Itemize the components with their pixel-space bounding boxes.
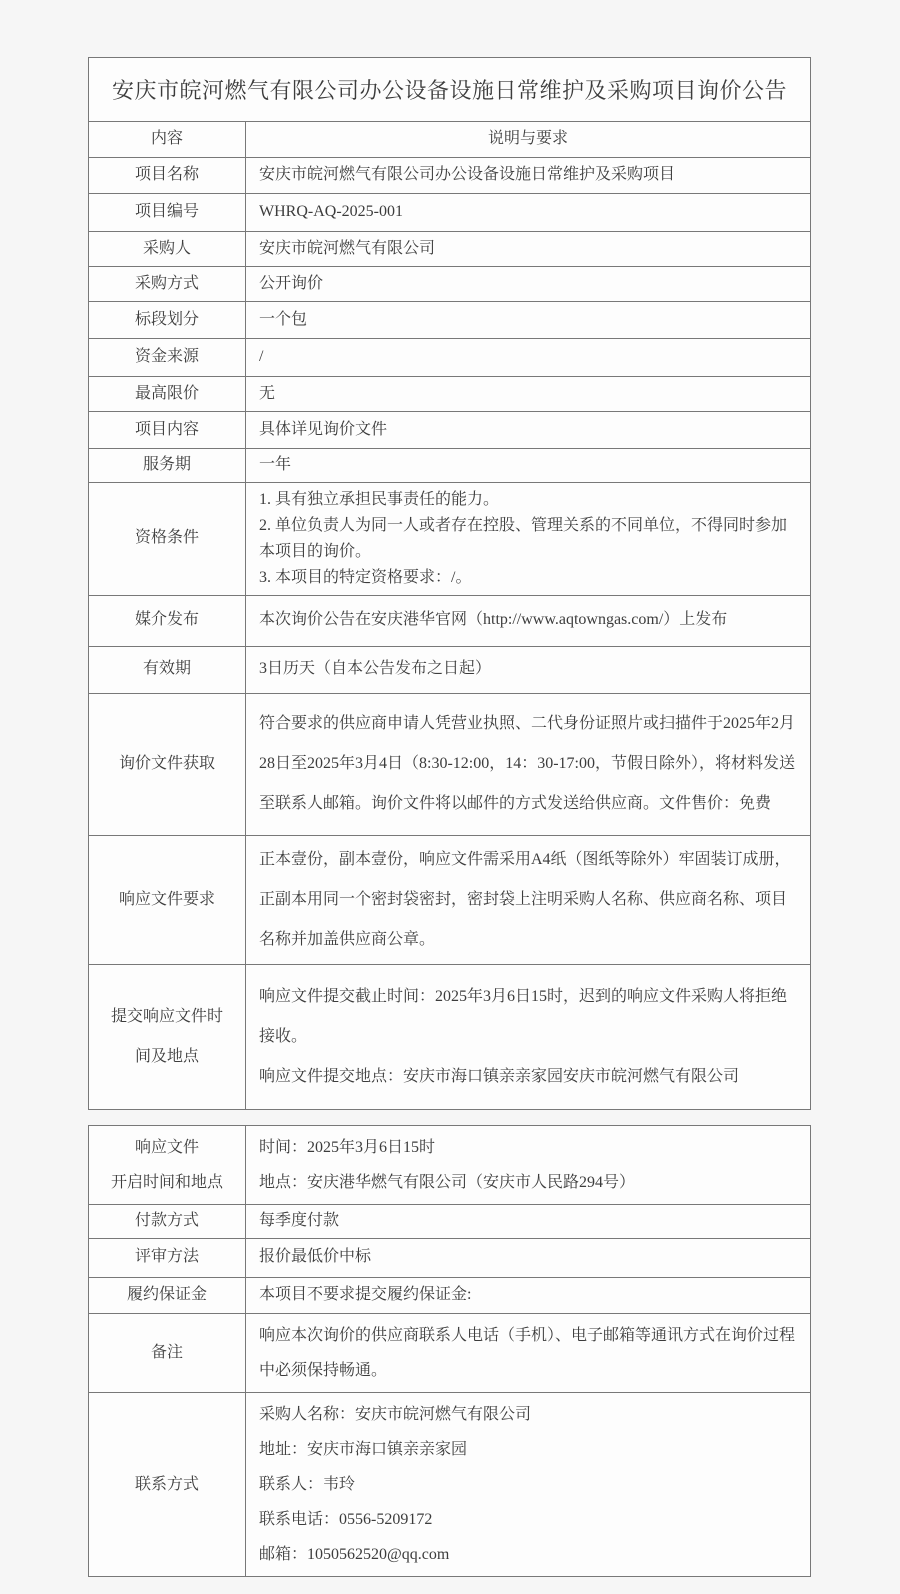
row-media-publication: 媒介发布 本次询价公告在安庆港华官网（http://www.aqtowngas.… [89, 595, 811, 646]
row-label: 评审方法 [89, 1238, 246, 1277]
row-label: 联系方式 [89, 1392, 246, 1576]
row-service-period: 服务期 一年 [89, 449, 811, 483]
row-label: 资格条件 [89, 482, 246, 595]
row-performance-bond: 履约保证金 本项目不要求提交履约保证金: [89, 1277, 811, 1313]
row-project-number: 项目编号 WHRQ-AQ-2025-001 [89, 194, 811, 232]
row-value: 采购人名称：安庆市皖河燃气有限公司 地址：安庆市海口镇亲亲家园 联系人：韦玲 联… [246, 1392, 811, 1576]
row-evaluation-method: 评审方法 报价最低价中标 [89, 1238, 811, 1277]
row-value: 报价最低价中标 [246, 1238, 811, 1277]
row-value: 公开询价 [246, 267, 811, 302]
row-value: 具体详见询价文件 [246, 412, 811, 449]
row-label: 项目编号 [89, 194, 246, 232]
row-value: 安庆市皖河燃气有限公司 [246, 232, 811, 267]
row-price-ceiling: 最高限价 无 [89, 377, 811, 412]
header-requirements: 说明与要求 [246, 122, 811, 158]
header-content: 内容 [89, 122, 246, 158]
row-label: 最高限价 [89, 377, 246, 412]
row-label: 采购方式 [89, 267, 246, 302]
row-purchaser: 采购人 安庆市皖河燃气有限公司 [89, 232, 811, 267]
row-value: 一个包 [246, 302, 811, 339]
row-label: 媒介发布 [89, 595, 246, 646]
row-value: 无 [246, 377, 811, 412]
row-value: 时间：2025年3月6日15时 地点：安庆港华燃气有限公司（安庆市人民路294号… [246, 1125, 811, 1204]
row-value: 响应文件提交截止时间：2025年3月6日15时，迟到的响应文件采购人将拒绝接收。… [246, 964, 811, 1109]
title-row: 安庆市皖河燃气有限公司办公设备设施日常维护及采购项目询价公告 [89, 58, 811, 122]
row-value: 响应本次询价的供应商联系人电话（手机）、电子邮箱等通讯方式在询价过程中必须保持畅… [246, 1313, 811, 1392]
row-label: 采购人 [89, 232, 246, 267]
row-remarks: 备注 响应本次询价的供应商联系人电话（手机）、电子邮箱等通讯方式在询价过程中必须… [89, 1313, 811, 1392]
row-value: WHRQ-AQ-2025-001 [246, 194, 811, 232]
announcement-table-secondary: 响应文件 开启时间和地点 时间：2025年3月6日15时 地点：安庆港华燃气有限… [88, 1125, 811, 1577]
row-label: 备注 [89, 1313, 246, 1392]
row-label: 资金来源 [89, 339, 246, 377]
row-contact-info: 联系方式 采购人名称：安庆市皖河燃气有限公司 地址：安庆市海口镇亲亲家园 联系人… [89, 1392, 811, 1576]
row-label: 项目内容 [89, 412, 246, 449]
row-payment-method: 付款方式 每季度付款 [89, 1204, 811, 1238]
row-procurement-method: 采购方式 公开询价 [89, 267, 811, 302]
row-qualification: 资格条件 1. 具有独立承担民事责任的能力。 2. 单位负责人为同一人或者存在控… [89, 482, 811, 595]
row-label: 付款方式 [89, 1204, 246, 1238]
row-lot-division: 标段划分 一个包 [89, 302, 811, 339]
page: { "title": "安庆市皖河燃气有限公司办公设备设施日常维护及采购项目询价… [0, 0, 900, 1594]
row-funding-source: 资金来源 / [89, 339, 811, 377]
row-label: 响应文件要求 [89, 835, 246, 964]
row-project-name: 项目名称 安庆市皖河燃气有限公司办公设备设施日常维护及采购项目 [89, 158, 811, 194]
row-label: 响应文件 开启时间和地点 [89, 1125, 246, 1204]
row-label: 标段划分 [89, 302, 246, 339]
row-response-document-requirements: 响应文件要求 正本壹份，副本壹份，响应文件需采用A4纸（图纸等除外）牢固装订成册… [89, 835, 811, 964]
row-value: / [246, 339, 811, 377]
announcement-document: 安庆市皖河燃气有限公司办公设备设施日常维护及采购项目询价公告 内容 说明与要求 … [88, 57, 810, 1577]
row-label: 履约保证金 [89, 1277, 246, 1313]
page-title: 安庆市皖河燃气有限公司办公设备设施日常维护及采购项目询价公告 [89, 58, 811, 122]
announcement-table-main: 安庆市皖河燃气有限公司办公设备设施日常维护及采购项目询价公告 内容 说明与要求 … [88, 57, 811, 1110]
row-value: 安庆市皖河燃气有限公司办公设备设施日常维护及采购项目 [246, 158, 811, 194]
row-label: 有效期 [89, 646, 246, 693]
row-label: 询价文件获取 [89, 693, 246, 835]
row-submission-time-place: 提交响应文件时 间及地点 响应文件提交截止时间：2025年3月6日15时，迟到的… [89, 964, 811, 1109]
row-value: 每季度付款 [246, 1204, 811, 1238]
row-value: 正本壹份，副本壹份，响应文件需采用A4纸（图纸等除外）牢固装订成册，正副本用同一… [246, 835, 811, 964]
row-label: 服务期 [89, 449, 246, 483]
row-value: 符合要求的供应商申请人凭营业执照、二代身份证照片或扫描件于2025年2月28日至… [246, 693, 811, 835]
row-validity-period: 有效期 3日历天（自本公告发布之日起） [89, 646, 811, 693]
row-value: 本项目不要求提交履约保证金: [246, 1277, 811, 1313]
row-opening-time-place: 响应文件 开启时间和地点 时间：2025年3月6日15时 地点：安庆港华燃气有限… [89, 1125, 811, 1204]
row-document-acquisition: 询价文件获取 符合要求的供应商申请人凭营业执照、二代身份证照片或扫描件于2025… [89, 693, 811, 835]
row-label: 项目名称 [89, 158, 246, 194]
row-label: 提交响应文件时 间及地点 [89, 964, 246, 1109]
row-value: 1. 具有独立承担民事责任的能力。 2. 单位负责人为同一人或者存在控股、管理关… [246, 482, 811, 595]
row-value: 本次询价公告在安庆港华官网（http://www.aqtowngas.com/）… [246, 595, 811, 646]
header-row: 内容 说明与要求 [89, 122, 811, 158]
row-project-content: 项目内容 具体详见询价文件 [89, 412, 811, 449]
row-value: 3日历天（自本公告发布之日起） [246, 646, 811, 693]
row-value: 一年 [246, 449, 811, 483]
